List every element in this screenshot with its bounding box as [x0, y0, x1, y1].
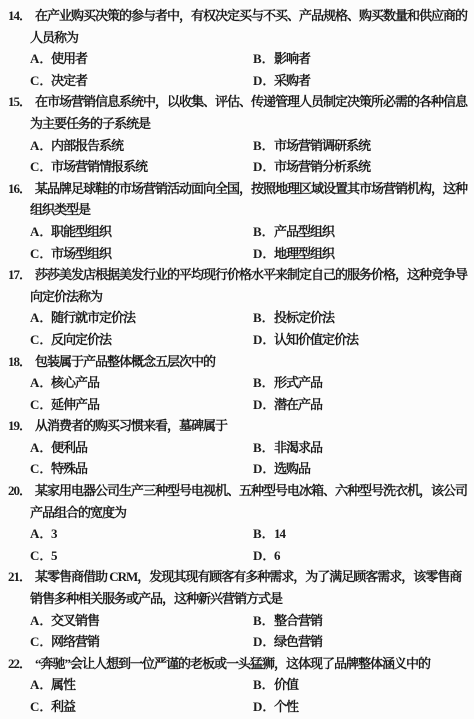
question-number: 14． — [8, 5, 35, 27]
option-text: 个性 — [274, 699, 298, 714]
option-label: C． — [30, 458, 51, 480]
option-label: B． — [253, 48, 274, 70]
option-text: 选购品 — [274, 461, 310, 476]
option: D．市场营销分析系统 — [253, 156, 474, 178]
option: B．形式产品 — [253, 372, 474, 394]
option: D．潜在产品 — [253, 394, 474, 416]
question-number: 16． — [8, 178, 35, 200]
option-text: 采购者 — [274, 73, 310, 88]
option: D．选购品 — [253, 458, 474, 480]
option-label: B． — [253, 372, 274, 394]
option-label: C． — [30, 545, 51, 567]
option-label: B． — [253, 437, 274, 459]
question-text: 某品牌足球鞋的市场营销活动面向全国，按照地理区域设置其市场营销机构，这种组织类型… — [30, 178, 474, 221]
option: B．14 — [253, 523, 474, 545]
option: C．利益 — [30, 696, 253, 718]
options-grid: A．内部报告系统B．市场营销调研系统C．市场营销情报系统D．市场营销分析系统 — [30, 135, 474, 178]
options-grid: A．3B．14C．5D．6 — [30, 523, 474, 566]
option: C．5 — [30, 545, 253, 567]
question: 20． 某家用电器公司生产三种型号电视机、五种型号电冰箱、六种型号洗衣机，该公司… — [0, 480, 474, 566]
exam-page: 14． 在产业购买决策的参与者中，有权决定买与不买、产品规格、购买数量和供应商的… — [0, 0, 474, 718]
question-text-line: 在市场营销信息系统中，以收集、评估、传递管理人员制定决策所必需的各种信息 — [30, 91, 474, 113]
question-text-line: 某零售商借助 CRM，发现其现有顾客有多种需求，为了满足顾客需求，该零售商 — [30, 566, 474, 588]
option: C．市场型组织 — [30, 243, 253, 265]
option-text: 潜在产品 — [274, 397, 322, 412]
option: C．反向定价法 — [30, 329, 253, 351]
option-label: A． — [30, 48, 51, 70]
question-text: 在市场营销信息系统中，以收集、评估、传递管理人员制定决策所必需的各种信息为主要任… — [30, 91, 474, 134]
question-text: “奔驰”会让人想到一位严谨的老板或一头猛狮，这体现了品牌整体涵义中的 — [30, 653, 474, 675]
question-text: 某零售商借助 CRM，发现其现有顾客有多种需求，为了满足顾客需求，该零售商销售多… — [30, 566, 474, 609]
option-text: 便利品 — [51, 440, 87, 455]
option-text: 决定者 — [51, 73, 87, 88]
question: 21． 某零售商借助 CRM，发现其现有顾客有多种需求，为了满足顾客需求，该零售… — [0, 566, 474, 652]
option: A．内部报告系统 — [30, 135, 253, 157]
option-label: A． — [30, 523, 51, 545]
option-text: 投标定价法 — [274, 310, 334, 325]
option: A．交叉销售 — [30, 610, 253, 632]
question: 15． 在市场营销信息系统中，以收集、评估、传递管理人员制定决策所必需的各种信息… — [0, 91, 474, 177]
option-label: D． — [253, 458, 274, 480]
question-number: 18． — [8, 351, 35, 373]
option-text: 利益 — [51, 699, 75, 714]
option-label: A． — [30, 674, 51, 696]
question: 18． 包装属于产品整体概念五层次中的 A．核心产品B．形式产品C．延伸产品D．… — [0, 351, 474, 416]
option-label: D． — [253, 329, 274, 351]
question-text-line: 组织类型是 — [30, 199, 474, 221]
option-text: 市场营销调研系统 — [274, 138, 370, 153]
question-number: 15． — [8, 91, 35, 113]
options-grid: A．核心产品B．形式产品C．延伸产品D．潜在产品 — [30, 372, 474, 415]
question-text-line: 产品组合的宽度为 — [30, 502, 474, 524]
option: A．3 — [30, 523, 253, 545]
option-label: B． — [253, 610, 274, 632]
options-grid: A．随行就市定价法B．投标定价法C．反向定价法D．认知价值定价法 — [30, 307, 474, 350]
options-grid: A．职能型组织B．产品型组织C．市场型组织D．地理型组织 — [30, 221, 474, 264]
question-number: 22． — [8, 653, 35, 675]
option: A．随行就市定价法 — [30, 307, 253, 329]
question-number: 20． — [8, 480, 35, 502]
options-grid: A．属性B．价值C．利益D．个性 — [30, 674, 474, 717]
option: D．6 — [253, 545, 474, 567]
option-label: A． — [30, 221, 51, 243]
option-label: C． — [30, 329, 51, 351]
option: B．价值 — [253, 674, 474, 696]
option-text: 价值 — [274, 677, 298, 692]
option-text: 绿色营销 — [274, 634, 322, 649]
option-label: C． — [30, 70, 51, 92]
question-text: 某家用电器公司生产三种型号电视机、五种型号电冰箱、六种型号洗衣机，该公司产品组合… — [30, 480, 474, 523]
option-text: 延伸产品 — [51, 397, 99, 412]
option-text: 6 — [274, 548, 280, 563]
option-text: 地理型组织 — [274, 246, 334, 261]
option-text: 市场营销情报系统 — [51, 159, 147, 174]
option: C．市场营销情报系统 — [30, 156, 253, 178]
option-text: 使用者 — [51, 51, 87, 66]
option: B．影响者 — [253, 48, 474, 70]
option-text: 产品型组织 — [274, 224, 334, 239]
option: C．网络营销 — [30, 631, 253, 653]
option: A．核心产品 — [30, 372, 253, 394]
option-text: 5 — [51, 548, 57, 563]
option-label: B． — [253, 674, 274, 696]
option-label: A． — [30, 372, 51, 394]
option: D．绿色营销 — [253, 631, 474, 653]
option-label: B． — [253, 221, 274, 243]
option: A．职能型组织 — [30, 221, 253, 243]
question-number: 21． — [8, 566, 35, 588]
option-text: 市场营销分析系统 — [274, 159, 370, 174]
option: C．延伸产品 — [30, 394, 253, 416]
question-number: 19． — [8, 415, 35, 437]
option-label: D． — [253, 156, 274, 178]
option-label: A． — [30, 307, 51, 329]
option-label: D． — [253, 394, 274, 416]
question-number: 17． — [8, 264, 35, 286]
question-list: 14． 在产业购买决策的参与者中，有权决定买与不买、产品规格、购买数量和供应商的… — [0, 5, 474, 718]
question: 19． 从消费者的购买习惯来看，墓碑属于 A．便利品B．非渴求品C．特殊品D．选… — [0, 415, 474, 480]
option: C．特殊品 — [30, 458, 253, 480]
question-text: 包装属于产品整体概念五层次中的 — [30, 351, 474, 373]
question: 16． 某品牌足球鞋的市场营销活动面向全国，按照地理区域设置其市场营销机构，这种… — [0, 178, 474, 264]
option-text: 特殊品 — [51, 461, 87, 476]
option: A．属性 — [30, 674, 253, 696]
option: B．整合营销 — [253, 610, 474, 632]
option-label: C． — [30, 631, 51, 653]
option: A．便利品 — [30, 437, 253, 459]
question-text: 莎莎美发店根据美发行业的平均现行价格水平来制定自己的服务价格，这种竞争导向定价法… — [30, 264, 474, 307]
question-text-line: 销售多种相关服务或产品，这种新兴营销方式是 — [30, 588, 474, 610]
question-text-line: 莎莎美发店根据美发行业的平均现行价格水平来制定自己的服务价格，这种竞争导 — [30, 264, 474, 286]
question-text-line: 人员称为 — [30, 27, 474, 49]
option-text: 内部报告系统 — [51, 138, 123, 153]
option-text: 职能型组织 — [51, 224, 111, 239]
option-text: 属性 — [51, 677, 75, 692]
option-label: D． — [253, 243, 274, 265]
option: B．市场营销调研系统 — [253, 135, 474, 157]
option-text: 认知价值定价法 — [274, 332, 358, 347]
options-grid: A．交叉销售B．整合营销C．网络营销D．绿色营销 — [30, 610, 474, 653]
option-label: D． — [253, 545, 274, 567]
option: D．认知价值定价法 — [253, 329, 474, 351]
option-text: 反向定价法 — [51, 332, 111, 347]
option-label: B． — [253, 523, 274, 545]
option: B．产品型组织 — [253, 221, 474, 243]
option-label: B． — [253, 307, 274, 329]
option-label: C． — [30, 156, 51, 178]
question-text-line: “奔驰”会让人想到一位严谨的老板或一头猛狮，这体现了品牌整体涵义中的 — [30, 653, 474, 675]
option-label: B． — [253, 135, 274, 157]
option: D．采购者 — [253, 70, 474, 92]
option-label: D． — [253, 696, 274, 718]
options-grid: A．使用者B．影响者C．决定者D．采购者 — [30, 48, 474, 91]
option: B．投标定价法 — [253, 307, 474, 329]
question-text-line: 为主要任务的子系统是 — [30, 113, 474, 135]
question-text-line: 在产业购买决策的参与者中，有权决定买与不买、产品规格、购买数量和供应商的 — [30, 5, 474, 27]
option-text: 整合营销 — [274, 613, 322, 628]
option-text: 市场型组织 — [51, 246, 111, 261]
option-text: 3 — [51, 526, 57, 541]
option-text: 核心产品 — [51, 375, 99, 390]
question-text-line: 某家用电器公司生产三种型号电视机、五种型号电冰箱、六种型号洗衣机，该公司 — [30, 480, 474, 502]
option: B．非渴求品 — [253, 437, 474, 459]
option-text: 影响者 — [274, 51, 310, 66]
option: C．决定者 — [30, 70, 253, 92]
option-label: D． — [253, 631, 274, 653]
question-text-line: 某品牌足球鞋的市场营销活动面向全国，按照地理区域设置其市场营销机构，这种 — [30, 178, 474, 200]
option-text: 交叉销售 — [51, 613, 99, 628]
question: 22． “奔驰”会让人想到一位严谨的老板或一头猛狮，这体现了品牌整体涵义中的 A… — [0, 653, 474, 718]
option-label: D． — [253, 70, 274, 92]
option: A．使用者 — [30, 48, 253, 70]
option-label: C． — [30, 394, 51, 416]
question-text: 从消费者的购买习惯来看，墓碑属于 — [30, 415, 474, 437]
option-text: 网络营销 — [51, 634, 99, 649]
question-text: 在产业购买决策的参与者中，有权决定买与不买、产品规格、购买数量和供应商的人员称为 — [30, 5, 474, 48]
question: 17． 莎莎美发店根据美发行业的平均现行价格水平来制定自己的服务价格，这种竞争导… — [0, 264, 474, 350]
option-text: 14 — [274, 526, 285, 541]
option-label: A． — [30, 135, 51, 157]
question: 14． 在产业购买决策的参与者中，有权决定买与不买、产品规格、购买数量和供应商的… — [0, 5, 474, 91]
option-label: C． — [30, 696, 51, 718]
option-label: A． — [30, 437, 51, 459]
options-grid: A．便利品B．非渴求品C．特殊品D．选购品 — [30, 437, 474, 480]
option-text: 形式产品 — [274, 375, 322, 390]
option: D．个性 — [253, 696, 474, 718]
option-text: 非渴求品 — [274, 440, 322, 455]
question-text-line: 从消费者的购买习惯来看，墓碑属于 — [30, 415, 474, 437]
option: D．地理型组织 — [253, 243, 474, 265]
option-text: 随行就市定价法 — [51, 310, 135, 325]
option-label: A． — [30, 610, 51, 632]
question-text-line: 向定价法称为 — [30, 286, 474, 308]
option-label: C． — [30, 243, 51, 265]
question-text-line: 包装属于产品整体概念五层次中的 — [30, 351, 474, 373]
